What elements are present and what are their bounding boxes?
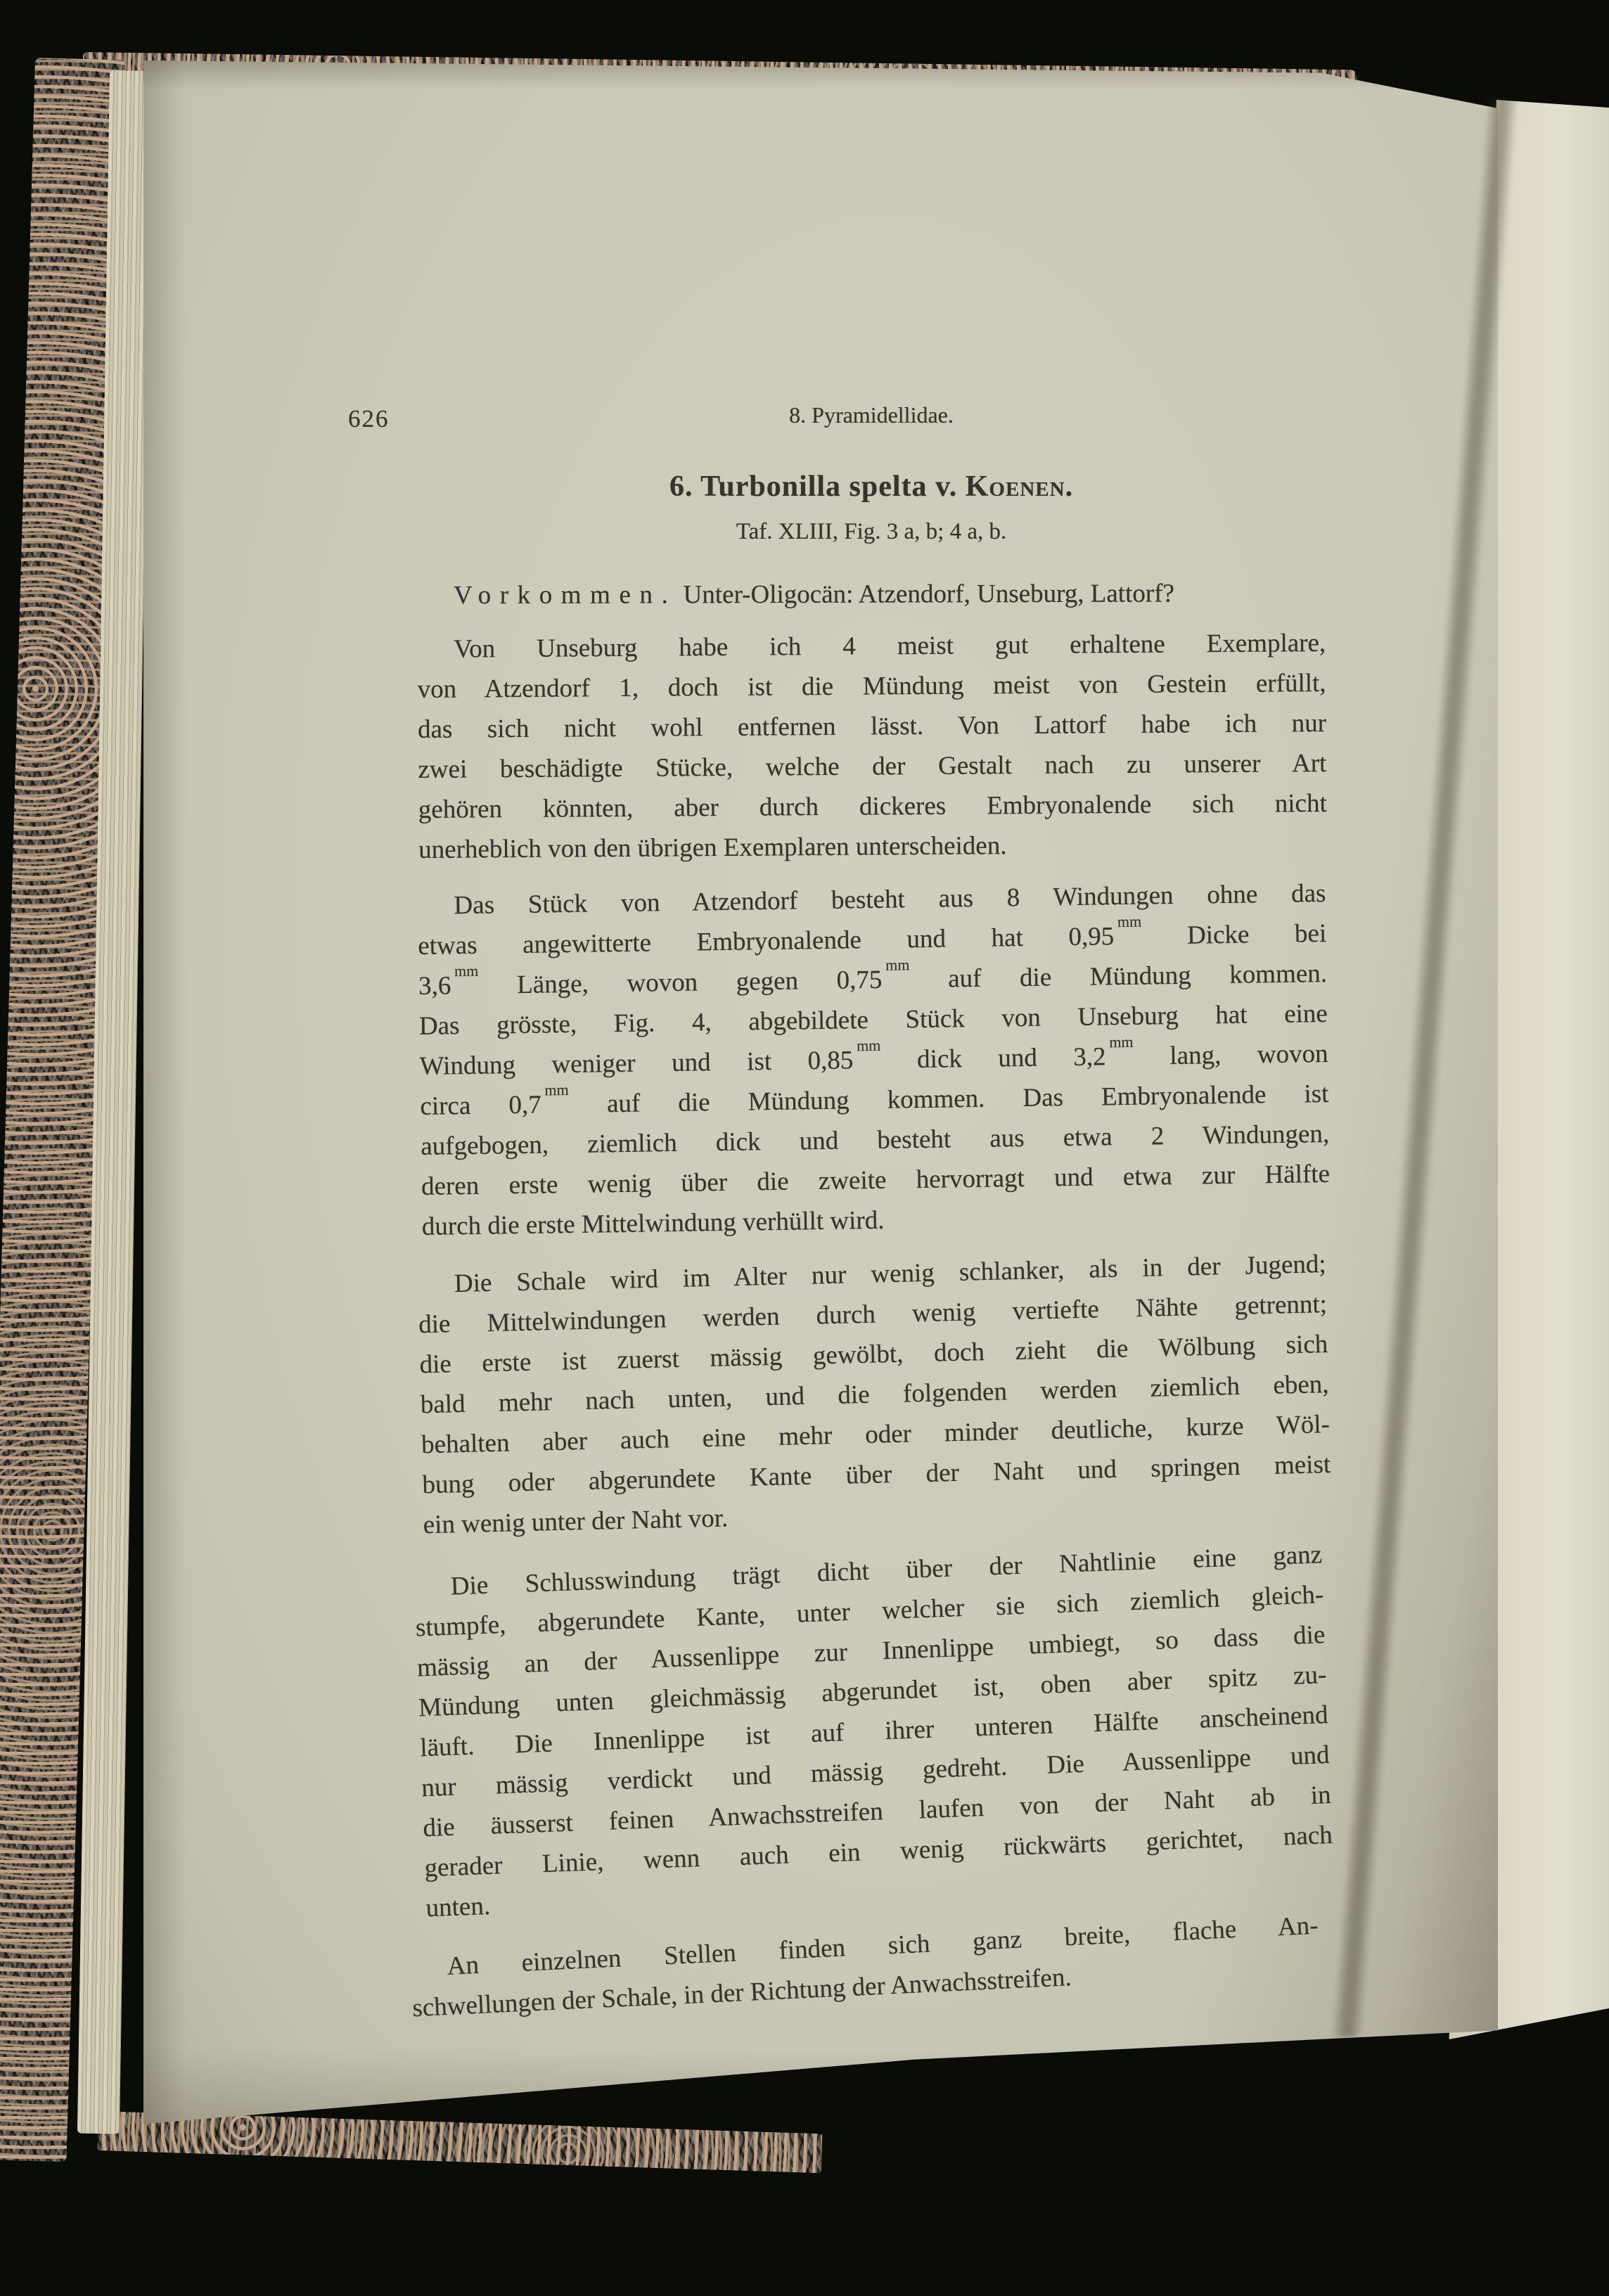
book-cover-bottom-edge	[97, 2111, 822, 2173]
text-line: Von Unseburg habe ich 4 meist gut erhalt…	[417, 623, 1326, 669]
paragraph: Die Schale wird im Alter nur wenig schla…	[417, 1244, 1332, 1545]
author-name: Koenen	[966, 470, 1065, 503]
text-line: das sich nicht wohl entfernen lässt. Von…	[418, 703, 1326, 750]
heading-period: .	[1065, 470, 1074, 503]
text-column: 626 8. Pyramidellidae. 6. Turbonilla spe…	[417, 399, 1326, 1985]
species-heading: 6. Turbonilla spelta v. Koenen.	[417, 470, 1326, 504]
plate-reference: Taf. XLIII, Fig. 3 a, b; 4 a, b.	[417, 519, 1326, 545]
paragraph: Das Stück von Atzendorf besteht aus 8 Wi…	[417, 873, 1331, 1247]
text-line: zwei beschädigte Stücke, welche der Gest…	[418, 743, 1326, 790]
page-header-row: 626 8. Pyramidellidae.	[417, 399, 1326, 432]
author-prefix: v.	[935, 470, 957, 503]
text-line: von Atzendorf 1, doch ist die Mündung me…	[417, 663, 1326, 710]
text-line: Vorkommen. Unter-Oligocän: Atzendorf, Un…	[417, 573, 1326, 615]
page-number: 626	[348, 405, 390, 433]
running-header: 8. Pyramidellidae.	[417, 399, 1326, 428]
paragraph: Vorkommen. Unter-Oligocän: Atzendorf, Un…	[417, 573, 1326, 615]
paragraph: Die Schlusswindung trägt dicht über der …	[414, 1534, 1335, 1928]
species-heading-text: 6. Turbonilla spelta	[669, 470, 928, 503]
scanned-book-photo: { "document": { "page_number": "626", "r…	[0, 0, 1609, 2296]
book-page: 626 8. Pyramidellidae. 6. Turbonilla spe…	[143, 60, 1498, 2141]
body-paragraphs: Vorkommen. Unter-Oligocän: Atzendorf, Un…	[417, 573, 1326, 1985]
paragraph: Von Unseburg habe ich 4 meist gut erhalt…	[417, 623, 1327, 870]
text-line: gehören könnten, aber durch dickeres Emb…	[418, 783, 1327, 830]
text-line: unerheblich von den übrigen Exemplaren u…	[418, 823, 1327, 870]
